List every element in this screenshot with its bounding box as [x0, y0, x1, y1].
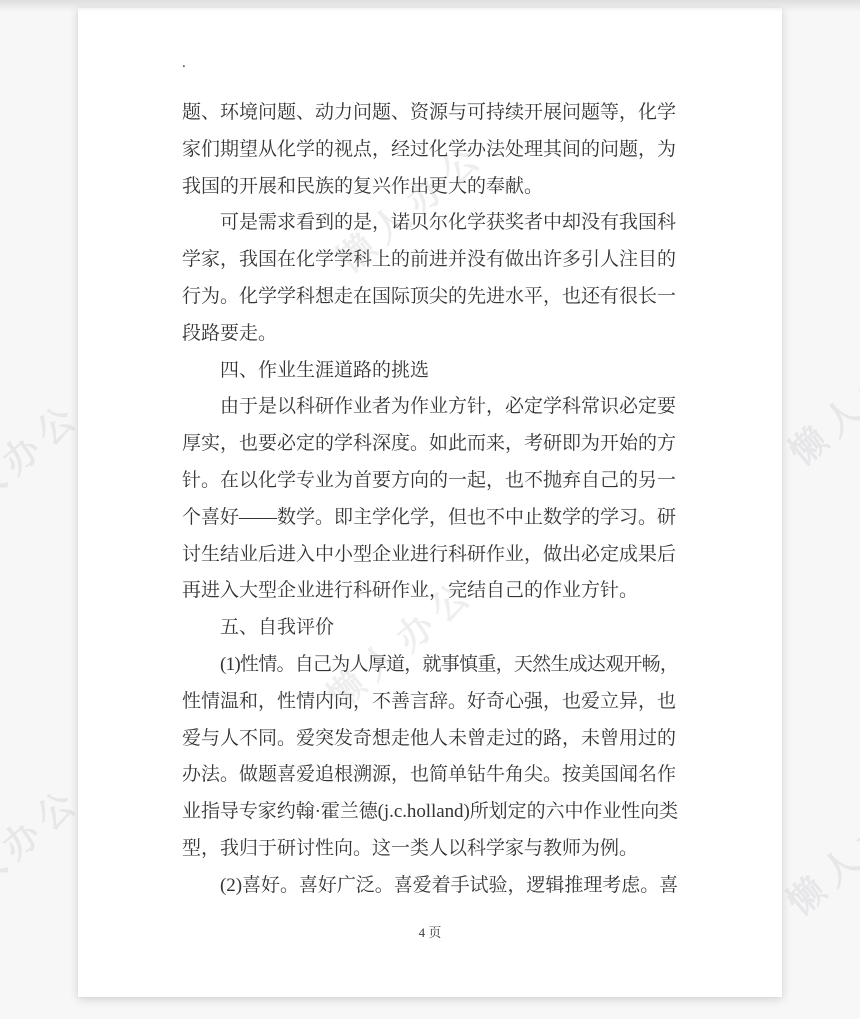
- text-line: (2)喜好。喜好广泛。喜爱着手试验，逻辑推理考虑。喜: [182, 868, 678, 905]
- text-line: 针。在以化学专业为首要方向的一起，也不抛弃自己的另一: [182, 463, 678, 500]
- text-line: 办法。做题喜爱追根溯源，也简单钻牛角尖。按美国闻名作: [182, 757, 678, 794]
- text-line: 四、作业生涯道路的挑选: [182, 353, 678, 390]
- watermark-text: 懒人办公: [777, 321, 860, 476]
- page-number-footer: 4 页: [78, 923, 782, 943]
- text-line: 我国的开展和民族的复兴作出更大的奉献。: [182, 169, 678, 206]
- text-line: 段路要走。: [182, 316, 678, 353]
- text-line: (1)性情。自己为人厚道，就事慎重，天然生成达观开畅，: [182, 647, 678, 684]
- text-line: 由于是以科研作业者为作业方针，必定学科常识必定要: [182, 389, 678, 426]
- text-line: 型，我归于研讨性向。这一类人以科学家与教师为例。: [182, 831, 678, 868]
- text-line: 个喜好——数学。即主学化学，但也不中止数学的学习。研: [182, 500, 678, 537]
- stray-dot-mark: .: [182, 56, 186, 71]
- document-page: . 题、环境问题、动力问题、资源与可持续开展问题等，化学家们期望从化学的视点，经…: [78, 8, 782, 997]
- document-viewer-canvas: . 题、环境问题、动力问题、资源与可持续开展问题等，化学家们期望从化学的视点，经…: [0, 0, 860, 1019]
- watermark-text: 懒人办公: [775, 771, 860, 926]
- text-line: 业指导专家约翰·霍兰德(j.c.holland)所划定的六中作业性向类: [182, 794, 678, 831]
- text-line: 行为。化学学科想走在国际顶尖的先进水平，也还有很长一: [182, 279, 678, 316]
- text-line: 厚实，也要必定的学科深度。如此而来，考研即为开始的方: [182, 426, 678, 463]
- text-line: 题、环境问题、动力问题、资源与可持续开展问题等，化学: [182, 95, 678, 132]
- text-line: 家们期望从化学的视点，经过化学办法处理其间的问题，为: [182, 132, 678, 169]
- text-line: 再进入大型企业进行科研作业，完结自己的作业方针。: [182, 573, 678, 610]
- text-line: 讨生结业后进入中小型企业进行科研作业，做出必定成果后: [182, 537, 678, 574]
- text-line: 学家，我国在化学学科上的前进并没有做出许多引人注目的: [182, 242, 678, 279]
- text-line: 五、自我评价: [182, 610, 678, 647]
- document-lines: 题、环境问题、动力问题、资源与可持续开展问题等，化学家们期望从化学的视点，经过化…: [182, 95, 678, 905]
- text-line: 爱与人不同。爱突发奇想走他人未曾走过的路，未曾用过的: [182, 721, 678, 758]
- text-line: 性情温和，性情内向，不善言辞。好奇心强，也爱立异，也: [182, 684, 678, 721]
- text-line: 可是需求看到的是，诺贝尔化学获奖者中却没有我国科: [182, 205, 678, 242]
